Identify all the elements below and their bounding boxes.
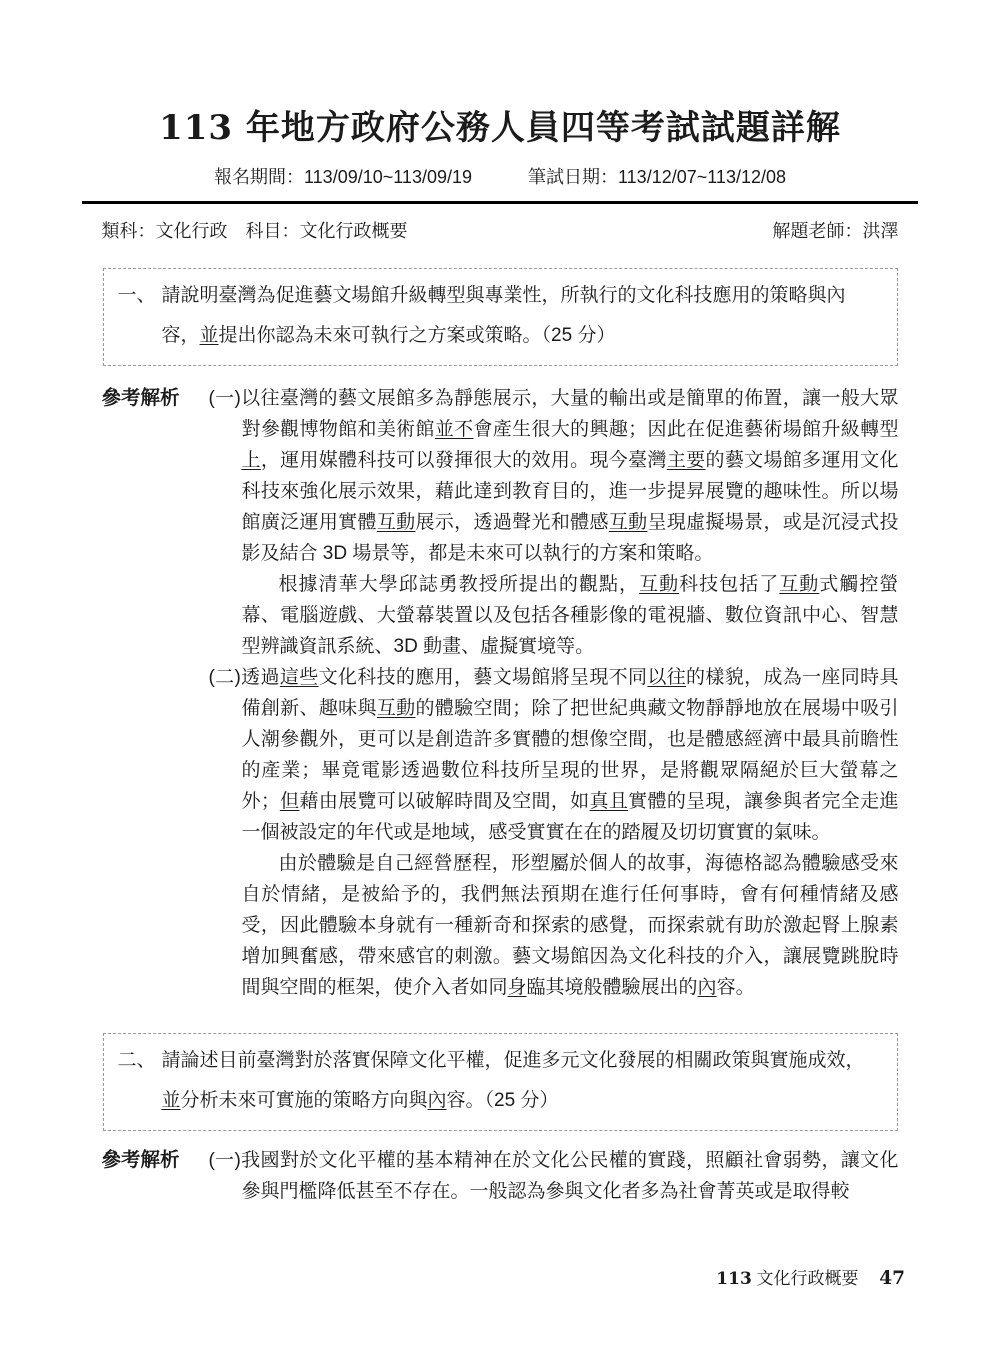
paragraph-marker: (一) [209,1150,241,1171]
exam-dates-line: 報名期間：113/09/10~113/09/19 筆試日期：113/12/07~… [0,163,1000,189]
footer-exam-year: 113 [716,1269,752,1289]
written-exam-date: 筆試日期：113/12/07~113/12/08 [528,163,786,189]
answer-paragraph: (二)透過這些文化科技的應用，藝文場館將呈現不同以往的樣貌，成為一座同時具備創新… [209,662,899,848]
question-1-prompt: 請說明臺灣為促進藝文場館升級轉型與專業性，所執行的文化科技應用的策略與內容，並提… [162,285,846,346]
paragraph-text: 透過這些文化科技的應用，藝文場館將呈現不同以往的樣貌，成為一座同時具備創新、趣味… [241,667,899,843]
registration-period: 報名期間：113/09/10~113/09/19 [214,163,472,189]
question-1-analysis-body: (一)以往臺灣的藝文展館多為靜態展示，大量的輸出或是簡單的佈置，讓一般大眾對參觀… [209,383,899,1003]
paragraph-marker: (一) [209,388,241,409]
footer-subject: 文化行政概要 [757,1269,859,1288]
question-2-box: 二、請論述目前臺灣對於落實保障文化平權，促進多元文化發展的相關政策與實施成效，並… [103,1033,898,1131]
divider-rule [82,201,918,204]
question-2-analysis-body: (一)我國對於文化平權的基本精神在於文化公民權的實踐，照顧社會弱勢，讓文化參與門… [209,1145,899,1207]
meta-line: 類科：文化行政 科目：文化行政概要 解題老師：洪澤 [102,217,899,243]
category-subject: 類科：文化行政 科目：文化行政概要 [102,217,408,243]
answer-paragraph: (一)以往臺灣的藝文展館多為靜態展示，大量的輸出或是簡單的佈置，讓一般大眾對參觀… [209,383,899,569]
paragraph-text: 我國對於文化平權的基本精神在於文化公民權的實踐，照顧社會弱勢，讓文化參與門檻降低… [241,1150,899,1202]
question-2-number: 二、 [118,1041,162,1081]
question-1-box: 一、請說明臺灣為促進藝文場館升級轉型與專業性，所執行的文化科技應用的策略與內容，… [103,268,898,366]
question-1-number: 一、 [118,276,162,316]
answer-paragraph: (一)我國對於文化平權的基本精神在於文化公民權的實踐，照顧社會弱勢，讓文化參與門… [209,1145,899,1207]
paragraph-text: 以往臺灣的藝文展館多為靜態展示，大量的輸出或是簡單的佈置，讓一般大眾對參觀博物館… [241,388,899,564]
exam-solution-page: 113 年地方政府公務人員四等考試試題詳解 報名期間：113/09/10~113… [0,0,1000,1353]
paragraph-marker: (二) [209,667,241,688]
question-1-analysis: 參考解析 (一)以往臺灣的藝文展館多為靜態展示，大量的輸出或是簡單的佈置，讓一般… [102,383,899,1003]
question-1-text: 一、請說明臺灣為促進藝文場館升級轉型與專業性，所執行的文化科技應用的策略與內容，… [118,276,883,356]
analysis-label: 參考解析 [102,383,209,1003]
question-2-prompt: 請論述目前臺灣對於落實保障文化平權，促進多元文化發展的相關政策與實施成效，並分析… [162,1050,865,1111]
page-title: 113 年地方政府公務人員四等考試試題詳解 [0,0,1000,149]
answer-sub-paragraph: 由於體驗是自己經營歷程，形塑屬於個人的故事，海德格認為體驗感受來自於情緒，是被給… [209,848,899,1003]
analysis-label: 參考解析 [102,1145,209,1207]
page-footer: 113 文化行政概要 47 [716,1264,905,1289]
answer-sub-paragraph: 根據清華大學邱誌勇教授所提出的觀點，互動科技包括了互動式觸控螢幕、電腦遊戲、大螢… [209,569,899,662]
solver-teacher: 解題老師：洪澤 [773,217,899,243]
page-number: 47 [879,1268,905,1289]
question-2-text: 二、請論述目前臺灣對於落實保障文化平權，促進多元文化發展的相關政策與實施成效，並… [118,1041,883,1121]
question-2-analysis: 參考解析 (一)我國對於文化平權的基本精神在於文化公民權的實踐，照顧社會弱勢，讓… [102,1145,899,1207]
